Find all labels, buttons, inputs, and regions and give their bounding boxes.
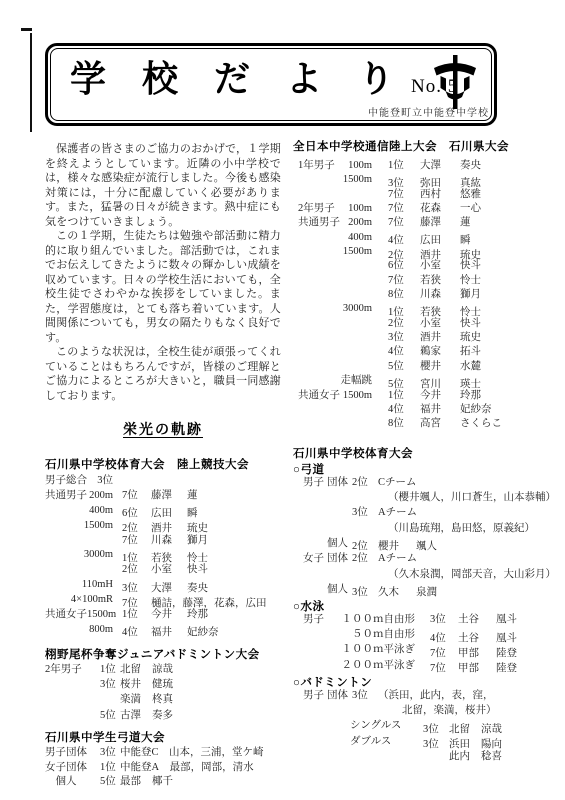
givenname-cell: 奏多 [152, 711, 173, 722]
result-row: 男子団体 3位 中能登C 山本，三浦，堂ケ崎 [45, 748, 281, 763]
givenname-cell: 獅月 [460, 290, 481, 301]
rank-cell: 3位 [388, 179, 414, 190]
result-row: （櫻井颯人，川口蒼生，山本恭輔） [293, 493, 551, 508]
event-cell: 1500m [87, 610, 116, 621]
group-event-cell: 2年男子100m [298, 204, 372, 215]
surname-cell: 藤澤 [151, 491, 187, 502]
result-row: シングルス 3位 北留 涼哉 [293, 721, 551, 736]
event-cell: ダブルス [350, 737, 420, 748]
surname-cell: 浜田 [449, 740, 481, 751]
group-cell: 男子団体 [45, 748, 87, 759]
group-event-cell: 800m [45, 625, 113, 636]
rank-cell: 4位 [122, 628, 149, 639]
givenname-cell: 妃紗奈 [187, 628, 219, 639]
event-cell: 100m [348, 204, 372, 215]
rank-cell: 7位 [388, 276, 414, 287]
team-cell: Cチーム [378, 478, 417, 489]
givenname-cell: 陽向 [481, 740, 502, 751]
rank-cell: 1位 [388, 391, 414, 402]
rank-cell: 3位 [100, 748, 120, 759]
event-cell: 4×100mR [71, 595, 113, 606]
givenname-cell: 奏央 [460, 161, 481, 172]
result-row: 北留，楽満，桜井） [293, 706, 551, 721]
group-event-cell: ２００ｍ平泳ぎ [293, 661, 415, 672]
school-name: 中能登町立中能登中学校 [368, 104, 489, 119]
category-cell: 団体 [327, 691, 352, 702]
surname-cell: 甲部 [458, 649, 496, 660]
rank-cell: 1位 [100, 763, 120, 774]
rank-cell: 4位 [388, 347, 414, 358]
masthead-box: 学 校 だ よ り No. 5 中能登町立中能登中学校 [45, 43, 497, 126]
rank-cell: 7位 [122, 599, 149, 610]
surname-cell: 酒井 [151, 524, 187, 535]
group-event-cell: 共通女子1500m [298, 391, 372, 402]
rank-cell: 5位 [388, 380, 414, 391]
newsletter-title: 学 校 だ よ り [70, 61, 407, 97]
surname-cell: 西村 [420, 190, 460, 201]
rank-cell: 2位 [352, 478, 378, 489]
result-row: 個人 2位 櫻井 颯人 [293, 539, 551, 554]
event-cell: 200m [89, 491, 113, 502]
event-cell: 1500m [343, 175, 372, 186]
group-event-cell: 男子１００ｍ自由形 [293, 615, 415, 626]
surname-cell: 樋詰，藤澤，花森，広田 [151, 599, 267, 610]
result-row: 女子団体 1位 中能登A 最部，岡部，清水 [45, 763, 281, 778]
rank-cell: 8位 [388, 290, 414, 301]
members-cell: （浜田，此内，表，窪， [378, 691, 494, 702]
result-row: 8位 川森 獅月 [293, 290, 551, 304]
junior-badminton-results-table: 2年男子 1位 北留 諒哉 3位 桜井 健琉 楽満 柊真 5位 古澤 奏多 [45, 665, 281, 726]
group-event-cell: 共通男子200m [298, 218, 372, 229]
surname-cell: 若狭 [151, 554, 187, 565]
event-cell: ５０ｍ自由形 [327, 630, 415, 641]
rank-cell: 1位 [122, 554, 149, 565]
members-cell: （櫻井颯人，川口蒼生，山本恭輔） [388, 493, 556, 504]
rank-cell: 7位 [430, 649, 456, 660]
tsushin-athletics-results-table: 1年男子100m 1位 大澤 奏央 1500m 3位 弥田 真紘 7位 西村 悠… [293, 161, 551, 434]
group-event-cell: 3000m [298, 304, 372, 315]
team-cell: 最部 [120, 777, 152, 788]
surname-cell: 甲部 [458, 664, 496, 675]
group-event-cell: 3000m [45, 550, 113, 561]
section-title-kyudo: 石川県中学生弓道大会 [45, 731, 281, 746]
group-event-cell: 男子団体 [293, 691, 352, 702]
result-row: 4位 鵜家 拓斗 [293, 347, 551, 361]
givenname-cell: 一心 [460, 204, 481, 215]
taiiku-swim-results-table: 男子１００ｍ自由形 3位 土谷 凰斗 ５０ｍ自由形 4位 土谷 凰斗 １００ｍ平… [293, 615, 551, 675]
surname-cell: 此内 [449, 752, 481, 763]
group-event-cell: シングルス [293, 721, 420, 732]
event-cell: １００ｍ平泳ぎ [327, 645, 415, 656]
surname-cell: 広田 [151, 509, 187, 520]
surname-cell: 小室 [420, 261, 460, 272]
surname-cell: 高宮 [420, 419, 460, 430]
athletics-results-table: 男子総合3位 共通男子200m 7位 藤澤 蓮 400m 6位 広田 瞬 150… [45, 476, 281, 640]
result-row: 楽満 柊真 [45, 695, 281, 710]
result-row: １００ｍ平泳ぎ 7位 甲部 陸登 [293, 645, 551, 660]
members-cont-cell: 北留，楽満，桜井） [402, 706, 497, 717]
rank-cell: 3位 [100, 680, 120, 691]
result-row: 400m 4位 広田 瞬 [293, 233, 551, 247]
givenname-cell: 怜士 [187, 554, 208, 565]
givenname-cell: 獅月 [187, 536, 208, 547]
givenname-cell: 陸登 [496, 649, 517, 660]
givenname-cell: 怜士 [460, 308, 481, 319]
result-row: 8位 高宮 さくらこ [293, 419, 551, 433]
result-row: 6位 小室 快斗 [293, 261, 551, 275]
event-cell: 800m [89, 625, 113, 636]
section-title-junior-badminton: 栩野尾杯争奪ジュニアバドミントン大会 [45, 648, 281, 663]
section-title-taiiku: 石川県中学校体育大会 [293, 447, 551, 462]
givenname-cell: 水麓 [460, 362, 481, 373]
rank-cell: 3位 [352, 588, 378, 599]
givenname-cell: 玲那 [460, 391, 481, 402]
event-cell: 400m [348, 233, 372, 244]
rank-cell: 1位 [100, 665, 120, 676]
result-row: （川島琉翔，島田悠，原義紀） [293, 524, 551, 539]
rank-cell: 3位 [388, 333, 414, 344]
givenname-cell: 涼哉 [481, 725, 502, 736]
result-row: 男子１００ｍ自由形 3位 土谷 凰斗 [293, 615, 551, 630]
surname-cell: 小室 [151, 565, 187, 576]
surname-cell: 花森 [420, 204, 460, 215]
group-cell: 男子 [303, 478, 327, 489]
group-event-cell: 女子団体 [293, 554, 352, 565]
rank-cell: 6位 [122, 509, 149, 520]
rank-cell: 7位 [430, 664, 456, 675]
result-row: 4×100mR 7位 樋詰，藤澤，花森，広田 [45, 595, 281, 610]
result-row: 5位 古澤 奏多 [45, 711, 281, 726]
rank-cell: 4位 [388, 405, 414, 416]
group-cell [303, 585, 327, 596]
result-row: 此内 稔喜 [293, 752, 551, 767]
group-cell: 共通女子 [298, 391, 340, 402]
taiiku-badminton-event-table: シングルス 3位 北留 涼哉 ダブルス 3位 浜田 陽向 此内 稔喜 [293, 721, 551, 767]
rank-cell: 1位 [122, 610, 149, 621]
givenname-cell: 瑛士 [460, 380, 481, 391]
members-cell: 山本，三浦，堂ケ崎 [159, 748, 264, 759]
group-cell: 男子 [303, 691, 327, 702]
givenname-cell: 諒哉 [152, 665, 173, 676]
group-cell: 1年男子 [298, 161, 335, 172]
givenname-cell: 快斗 [460, 261, 481, 272]
givenname-cell: 玲那 [187, 610, 208, 621]
event-cell: 3000m [343, 304, 372, 315]
team-cell: 中能登C [120, 748, 159, 759]
result-row: 走幅跳 5位 宮川 瑛士 [293, 376, 551, 390]
givenname-cell: 陸登 [496, 664, 517, 675]
group-cell [303, 539, 327, 550]
rank-cell: 3位 [352, 508, 378, 519]
surname-cell: 小室 [420, 319, 460, 330]
rank-cell: 2位 [122, 524, 149, 535]
result-row: ５０ｍ自由形 4位 土谷 凰斗 [293, 630, 551, 645]
result-row: 1500m 2位 酒井 琉史 [45, 521, 281, 536]
group-event-cell: 共通女子1500m [45, 610, 113, 621]
section-title-athletics: 石川県中学校体育大会 陸上競技大会 [45, 458, 281, 473]
surname-cell: 今井 [420, 391, 460, 402]
givenname-cell: 妃紗奈 [460, 405, 492, 416]
surname-cell: 桜井 [120, 680, 152, 691]
result-row: 1500m 3位 弥田 真紘 [293, 175, 551, 189]
givenname-cell: 蓮 [460, 218, 471, 229]
result-row: 2位 小室 快斗 [293, 319, 551, 333]
surname-cell: 若狭 [420, 276, 460, 287]
result-row: 7位 若狭 怜士 [293, 276, 551, 290]
group-event-cell: １００ｍ平泳ぎ [293, 645, 415, 656]
givenname-cell: 快斗 [187, 565, 208, 576]
givenname-cell: 瞬 [460, 236, 471, 247]
result-row: 3000m 1位 若狭 怜士 [293, 304, 551, 318]
group-event-cell: 1年男子100m [298, 161, 372, 172]
rank-cell: 5位 [388, 362, 414, 373]
group-event-cell: 男子団体 [45, 748, 97, 759]
intro-paragraph-1: 保護者の皆さまのご協力のおかげで，１学期を終えようとしています。近隣の小中学校で… [45, 142, 281, 229]
result-row: 個人 3位 久木 泉潤 [293, 585, 551, 600]
group-cell [303, 630, 327, 641]
result-row: 共通女子1500m 1位 今井 玲那 [45, 610, 281, 625]
surname-cell: 土谷 [458, 615, 496, 626]
taiiku-kyudo-results-table: 男子団体 2位 Cチーム （櫻井颯人，川口蒼生，山本恭輔） 3位 Aチーム （川… [293, 478, 551, 601]
surname-cell: 弥田 [420, 179, 460, 190]
group-event-cell: 1500m [298, 247, 372, 258]
givenname-cell: 凰斗 [496, 634, 517, 645]
givenname-cell: 凰斗 [496, 615, 517, 626]
result-row: 男子総合3位 [45, 476, 281, 491]
intro-paragraph-3: このような状況は，全校生徒が頑張ってくれていることはもちろんですが，皆様のご理解… [45, 345, 281, 403]
surname-cell: 楽満 [120, 695, 152, 706]
result-row: 5位 櫻井 水麓 [293, 362, 551, 376]
rank-cell: 3位 [430, 615, 456, 626]
group-event-cell: 共通男子200m [45, 491, 113, 502]
givenname-cell: 琉史 [460, 333, 481, 344]
rank-cell: 5位 [100, 777, 120, 788]
group-event-cell: 1500m [45, 521, 113, 532]
result-row: 男子団体 2位 Cチーム [293, 478, 551, 493]
rank-cell: 3位 [423, 725, 449, 736]
rank-cell: 5位 [100, 711, 120, 722]
result-row: 110mH 3位 大澤 奏央 [45, 580, 281, 595]
category-cell: 団体 [327, 478, 352, 489]
result-row: 2年男子 1位 北留 諒哉 [45, 665, 281, 680]
result-row: （久木泉潤，岡部天音，大山彩月） [293, 570, 551, 585]
group-event-cell: 個人 [45, 777, 97, 788]
members-cell: 椰千 [152, 777, 173, 788]
surname-cell: 広田 [420, 236, 460, 247]
givenname-cell: 真紘 [460, 179, 481, 190]
group-cell [303, 645, 327, 656]
result-row: 3位 Aチーム [293, 508, 551, 523]
subsection-label-kyudo: ○弓道 [293, 463, 551, 478]
group-event-cell: 2年男子 [45, 665, 97, 676]
result-row: 男子団体 3位 （浜田，此内，表，窪， [293, 691, 551, 706]
glory-heading: 栄光の軌跡 [45, 419, 281, 439]
group-cell: 女子団体 [45, 763, 87, 774]
rank-cell: 4位 [430, 634, 456, 645]
group-event-cell: 400m [45, 506, 113, 517]
surname-cell: 川森 [420, 290, 460, 301]
event-cell: 110mH [82, 580, 113, 591]
group-cell: 共通女子 [45, 610, 87, 621]
givenname-cell: 怜士 [460, 276, 481, 287]
group-event-cell: 男子総合3位 [45, 476, 113, 487]
rank-cell: 1位 [388, 308, 414, 319]
surname-cell: 鵜家 [420, 347, 460, 358]
event-cell: ２００ｍ平泳ぎ [327, 661, 415, 672]
surname-cell: 今井 [151, 610, 187, 621]
right-column: 全日本中学校通信陸上大会 石川県大会 1年男子100m 1位 大澤 奏央 150… [293, 140, 551, 767]
givenname-cell: 柊真 [152, 695, 173, 706]
rank-cell: 8位 [388, 419, 414, 430]
event-cell: 走幅跳 [341, 376, 373, 387]
category-cell: 団体 [327, 554, 352, 565]
surname-cell: 藤澤 [420, 218, 460, 229]
rank-cell: 2位 [122, 565, 149, 576]
group-cell: 共通男子 [45, 491, 87, 502]
team-cell: 櫻井 [378, 542, 416, 553]
givenname-cell: 泉潤 [416, 588, 437, 599]
members-cell: （久木泉潤，岡部天音，大山彩月） [388, 570, 556, 581]
group-cell [303, 661, 327, 672]
rank-cell: 1位 [388, 161, 414, 172]
subsection-label-badminton: ○バドミントン [293, 676, 551, 691]
rank-cell: 7位 [388, 218, 414, 229]
result-row: 女子団体 2位 Aチーム [293, 554, 551, 569]
event-cell: 3位 [97, 476, 113, 487]
givenname-cell: 蓮 [187, 491, 198, 502]
group-event-cell: 走幅跳 [298, 376, 372, 387]
masthead: 学 校 だ よ り No. 5 [70, 61, 458, 97]
group-cell: 共通男子 [298, 218, 340, 229]
result-row: 7位 西村 悠雅 [293, 190, 551, 204]
rank-cell: 2位 [352, 542, 378, 553]
team-cell: 中能登A [120, 763, 159, 774]
givenname-cell: 健琉 [152, 680, 173, 691]
team-cell: 久木 [378, 588, 416, 599]
event-cell: 100m [348, 161, 372, 172]
result-row: 800m 4位 福井 妃紗奈 [45, 625, 281, 640]
group-event-cell: ５０ｍ自由形 [293, 630, 415, 641]
givenname-cell: 快斗 [460, 319, 481, 330]
group-cell: 男子総合 [45, 476, 87, 487]
event-cell: 1500m [343, 391, 372, 402]
result-row: 個人 5位 最部 椰千 [45, 777, 281, 792]
group-event-cell: 個人 [293, 585, 352, 596]
givenname-cell: 奏央 [187, 584, 208, 595]
result-row: ダブルス 3位 浜田 陽向 [293, 737, 551, 752]
rank-cell: 4位 [388, 236, 414, 247]
scan-artifact-dash [21, 28, 32, 31]
result-row: 7位 川森 獅月 [45, 536, 281, 551]
event-cell: 1500m [84, 521, 113, 532]
surname-cell: 川森 [151, 536, 187, 547]
category-cell: 個人 [327, 585, 352, 596]
givenname-cell: さくらこ [460, 419, 502, 430]
group-event-cell: 4×100mR [45, 595, 113, 606]
givenname-cell: 稔喜 [481, 752, 502, 763]
left-column: 保護者の皆さまのご協力のおかげで，１学期を終えようとしています。近隣の小中学校で… [45, 142, 281, 792]
surname-cell: 北留 [449, 725, 481, 736]
result-row: 共通男子200m 7位 藤澤 蓮 [293, 218, 551, 232]
givenname-cell: 悠雅 [460, 190, 481, 201]
rank-cell: 7位 [388, 190, 414, 201]
surname-cell: 大澤 [151, 584, 187, 595]
members-cell: 最部，岡部，清水 [159, 763, 254, 774]
rank-cell: 6位 [388, 261, 414, 272]
surname-cell: 若狭 [420, 308, 460, 319]
givenname-cell: 拓斗 [460, 347, 481, 358]
result-row: 共通男子200m 7位 藤澤 蓮 [45, 491, 281, 506]
event-cell: 200m [348, 218, 372, 229]
rank-cell: 3位 [352, 691, 378, 702]
surname-cell: 福井 [420, 405, 460, 416]
surname-cell: 土谷 [458, 634, 496, 645]
team-cell: Aチーム [378, 554, 417, 565]
scan-artifact-line [30, 33, 32, 132]
group-cell [303, 721, 327, 732]
group-cell: 2年男子 [45, 665, 82, 676]
group-cell: 個人 [45, 777, 77, 788]
givenname-cell: 琉史 [187, 524, 208, 535]
surname-cell: 大澤 [420, 161, 460, 172]
event-cell: １００ｍ自由形 [327, 615, 415, 626]
kyudo-results-table: 男子団体 3位 中能登C 山本，三浦，堂ケ崎 女子団体 1位 中能登A 最部，岡… [45, 748, 281, 792]
surname-cell: 宮川 [420, 380, 460, 391]
taiiku-badminton-team-table: 男子団体 3位 （浜田，此内，表，窪， 北留，楽満，桜井） [293, 691, 551, 722]
result-row: ２００ｍ平泳ぎ 7位 甲部 陸登 [293, 661, 551, 676]
group-event-cell: 女子団体 [45, 763, 97, 774]
rank-cell: 7位 [122, 536, 149, 547]
group-cell: 男子 [303, 615, 327, 626]
givenname-cell: 瞬 [187, 509, 198, 520]
rank-cell: 3位 [423, 740, 449, 751]
group-event-cell: 400m [298, 233, 372, 244]
surname-cell: 古澤 [120, 711, 152, 722]
surname-cell: 福井 [151, 628, 187, 639]
intro-paragraph-2: この１学期，生徒たちは勉強や部活動に精力的に取り組んでいました。部活動では，これ… [45, 229, 281, 345]
group-event-cell: ダブルス [293, 737, 420, 748]
team-cell: Aチーム [378, 508, 417, 519]
event-cell: 3000m [84, 550, 113, 561]
result-row: 1年男子100m 1位 大澤 奏央 [293, 161, 551, 175]
school-crest-icon [433, 55, 477, 109]
givenname-cell: 颯人 [416, 542, 437, 553]
group-cell: 2年男子 [298, 204, 335, 215]
event-cell: 1500m [343, 247, 372, 258]
event-cell: 400m [89, 506, 113, 517]
group-event-cell: 男子団体 [293, 478, 352, 489]
members-cell: （川島琉翔，島田悠，原義紀） [388, 524, 535, 535]
surname-cell: 櫻井 [420, 362, 460, 373]
rank-cell: 7位 [122, 491, 149, 502]
section-title-tsushin-athletics: 全日本中学校通信陸上大会 石川県大会 [293, 140, 551, 155]
rank-cell: 7位 [388, 204, 414, 215]
event-cell: シングルス [350, 721, 420, 732]
category-cell: 個人 [327, 539, 352, 550]
result-row: 共通女子1500m 1位 今井 玲那 [293, 391, 551, 405]
group-cell: 女子 [303, 554, 327, 565]
group-event-cell: 個人 [293, 539, 352, 550]
rank-cell: 2位 [352, 554, 378, 565]
result-row: 400m 6位 広田 瞬 [45, 506, 281, 521]
rank-cell: 2位 [388, 319, 414, 330]
group-event-cell: 110mH [45, 580, 113, 591]
surname-cell: 酒井 [420, 333, 460, 344]
group-cell [303, 737, 327, 748]
rank-cell: 3位 [122, 584, 149, 595]
result-row: 2位 小室 快斗 [45, 565, 281, 580]
group-event-cell: 1500m [298, 175, 372, 186]
